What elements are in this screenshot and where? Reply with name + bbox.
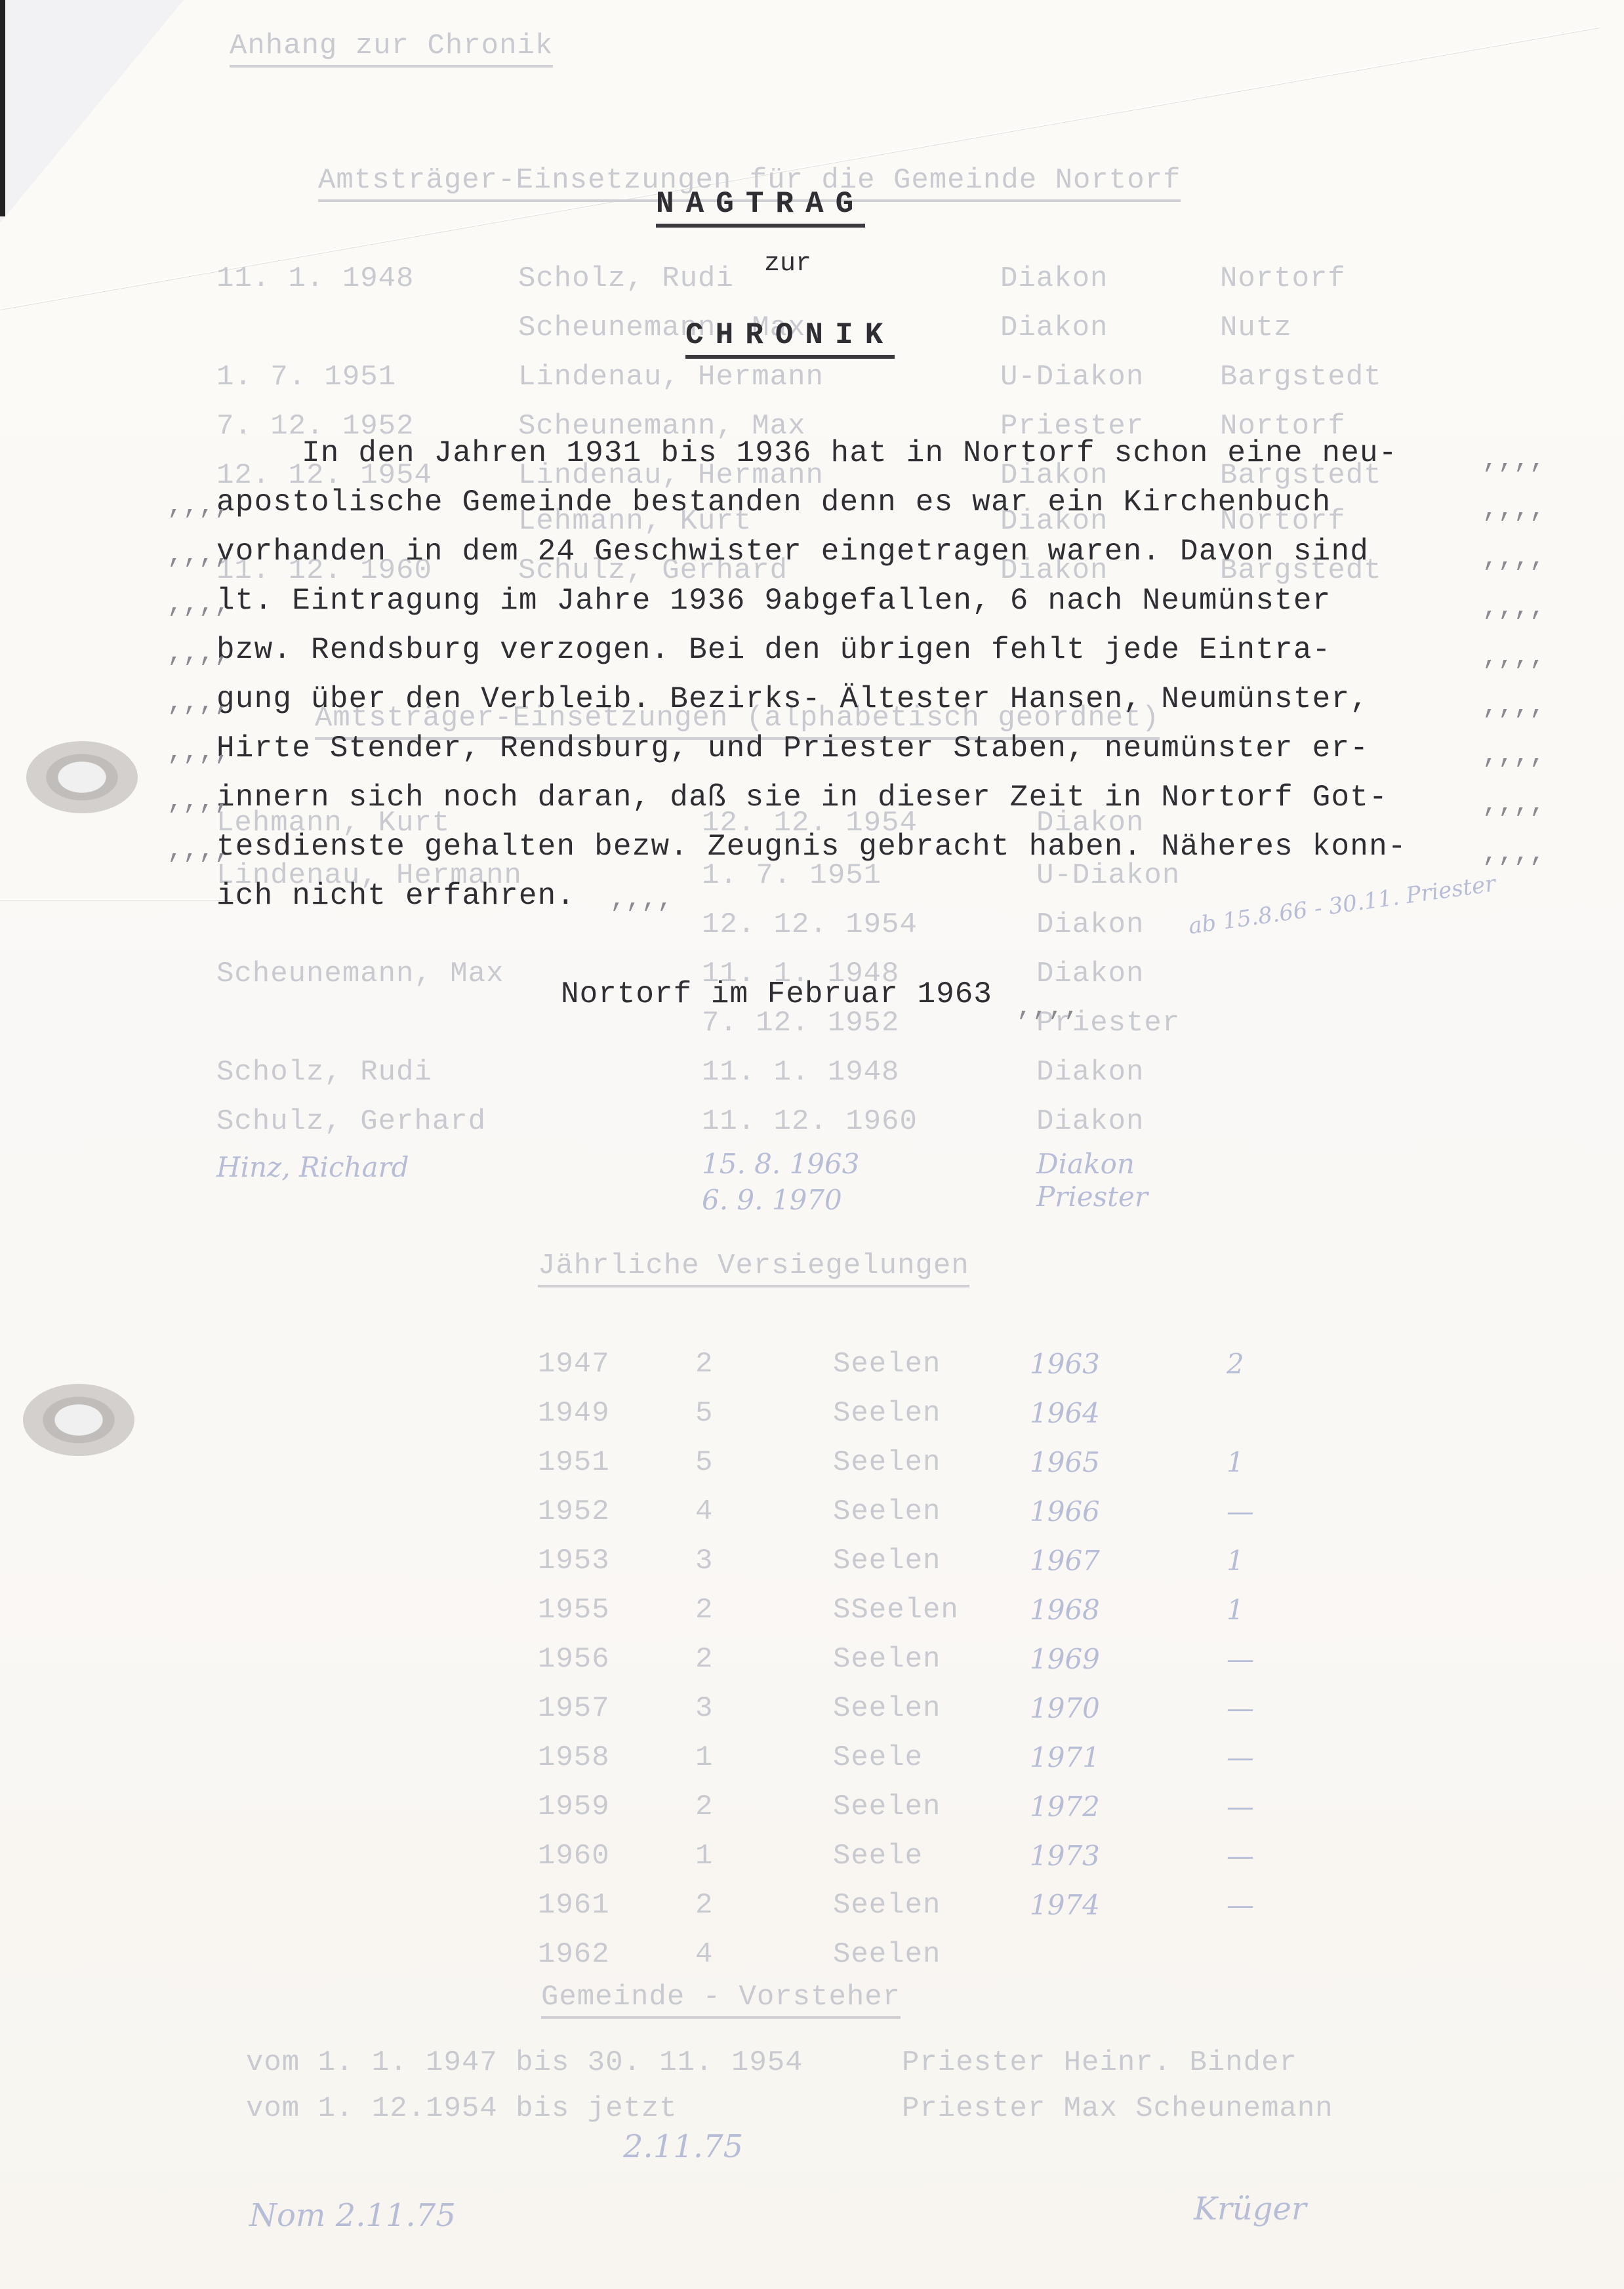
title-connector: zur xyxy=(764,249,811,279)
ghost-cell: 1969 xyxy=(1030,1643,1100,1675)
ghost-cell: Diakon xyxy=(1036,1056,1144,1089)
ghost-cell: 12. 12. 1954 xyxy=(702,908,918,941)
ghost-cell: U-Diakon xyxy=(1036,859,1180,892)
ghost-cell: 11. 1. 1948 xyxy=(216,262,414,295)
paper-crease xyxy=(0,899,236,900)
ghost-cell: Scholz, Rudi xyxy=(216,1056,432,1089)
ghost-cell: Diakon xyxy=(1036,1105,1144,1138)
ghost-cell: Diakon xyxy=(1000,262,1108,295)
ghost-cell: — xyxy=(1227,1495,1254,1528)
ghost-cell: 1960 xyxy=(538,1840,610,1873)
ghost-section4-title: Gemeinde - Vorsteher xyxy=(541,1981,901,2019)
ghost-cell: Seele xyxy=(833,1840,923,1873)
ghost-handwritten-date: 2.11.75 xyxy=(623,2128,743,2165)
body-line: Hirte Stender, Rendsburg, und Priester S… xyxy=(216,731,1369,765)
ghost-cell: Diakon xyxy=(1036,908,1144,941)
ghost-cell: Lindenau, Hermann xyxy=(518,361,824,394)
ghost-cell: 1965 xyxy=(1030,1446,1100,1478)
ghost-cell: Scheunemann, Max xyxy=(216,958,504,990)
ghost-cell: 2 xyxy=(695,1889,713,1922)
ghost-cell: 1 xyxy=(1227,1545,1244,1577)
ghost-handwritten-note: ab 15.8.66 - 30.11. Priester xyxy=(1187,870,1497,939)
ghost-handwritten-name: Hinz, Richard xyxy=(216,1151,409,1183)
ghost-cell: 1971 xyxy=(1030,1741,1100,1773)
ghost-cell: 4 xyxy=(695,1938,713,1971)
punch-hole xyxy=(23,1384,134,1456)
ghost-cell: Nortorf xyxy=(1220,262,1346,295)
ghost-cell: 11. 1. 1948 xyxy=(702,1056,899,1089)
ghost-cell: — xyxy=(1227,1840,1254,1872)
ghost-cell: — xyxy=(1227,1643,1254,1675)
ghost-cell: — xyxy=(1227,1889,1254,1921)
ghost-cell: Diakon xyxy=(1000,312,1108,344)
ghost-cell: 1963 xyxy=(1030,1348,1100,1380)
body-line: lt. Eintragung im Jahre 1936 9abgefallen… xyxy=(216,584,1331,618)
ghost-cell: 1 xyxy=(1227,1594,1244,1626)
ghost-cell: 1947 xyxy=(538,1348,610,1381)
body-line: bzw. Rendsburg verzogen. Bei den übrigen… xyxy=(216,633,1331,667)
ghost-cell: 1 xyxy=(695,1840,713,1873)
ghost-handwritten-date: 6. 9. 1970 xyxy=(702,1184,842,1216)
ghost-cell: 1. 7. 1951 xyxy=(216,361,396,394)
ghost-cell: — xyxy=(1227,1791,1254,1823)
ghost-cell: Seelen xyxy=(833,1692,941,1725)
ghost-cell: Schulz, Gerhard xyxy=(216,1105,486,1138)
ghost-signature: Krüger xyxy=(1194,2191,1307,2227)
ghost-cell: Bargstedt xyxy=(1220,361,1382,394)
ghost-cell: 1962 xyxy=(538,1938,610,1971)
ghost-cell: U-Diakon xyxy=(1000,361,1144,394)
ghost-cell: 1974 xyxy=(1030,1889,1100,1921)
ghost-cell: Priester Heinr. Binder xyxy=(902,2046,1297,2079)
ghost-cell: 5 xyxy=(695,1446,713,1479)
body-line: vorhanden in dem 24 Geschwister eingetra… xyxy=(216,535,1369,569)
ghost-cell: Seelen xyxy=(833,1446,941,1479)
ghost-handwritten-date: 15. 8. 1963 xyxy=(702,1148,859,1180)
ghost-cell: 2 xyxy=(1227,1348,1244,1380)
ghost-cell: 3 xyxy=(695,1545,713,1577)
ghost-cell: 11. 12. 1960 xyxy=(702,1105,918,1138)
ghost-cell: 1949 xyxy=(538,1397,610,1430)
ghost-cell: 1956 xyxy=(538,1643,610,1676)
ghost-cell: 2 xyxy=(695,1348,713,1381)
ghost-cell: 1961 xyxy=(538,1889,610,1922)
ghost-section3-title: Jährliche Versiegelungen xyxy=(538,1249,969,1287)
ghost-cell: Nutz xyxy=(1220,312,1292,344)
ghost-cell: 1957 xyxy=(538,1692,610,1725)
ghost-handwritten-office: Priester xyxy=(1036,1181,1148,1213)
body-line: gung über den Verbleib. Bezirks- Älteste… xyxy=(216,682,1369,716)
body-line: ich nicht erfahren. xyxy=(216,879,575,913)
ghost-cell: 1966 xyxy=(1030,1495,1100,1528)
ghost-cell: 1958 xyxy=(538,1741,610,1774)
title-chronik: CHRONIK xyxy=(685,318,895,359)
ghost-cell: 4 xyxy=(695,1495,713,1528)
ghost-cell: 2 xyxy=(695,1791,713,1823)
ghost-cell: Seelen xyxy=(833,1889,941,1922)
body-line: tesdienste gehalten bezw. Zeugnis gebrac… xyxy=(216,830,1407,864)
ghost-cell: 1968 xyxy=(1030,1594,1100,1626)
ghost-cell: 1970 xyxy=(1030,1692,1100,1724)
ghost-cell: 1972 xyxy=(1030,1791,1100,1823)
body-line: apostolische Gemeinde bestanden denn es … xyxy=(216,485,1331,519)
ghost-cell: Diakon xyxy=(1036,958,1144,990)
ghost-cell: 1967 xyxy=(1030,1545,1100,1577)
document-page: Anhang zur Chronik Amtsträger-Einsetzung… xyxy=(0,0,1624,2289)
scan-edge xyxy=(0,0,5,216)
body-line: innern sich noch daran, daß sie in diese… xyxy=(216,780,1388,815)
ghost-cell: Seelen xyxy=(833,1938,941,1971)
ghost-cell: 1 xyxy=(695,1741,713,1774)
ghost-cell: Seelen xyxy=(833,1643,941,1676)
ghost-cell: vom 1. 12.1954 bis jetzt xyxy=(246,2092,678,2125)
ghost-handwritten-office: Diakon xyxy=(1036,1148,1135,1180)
ghost-cell: — xyxy=(1227,1692,1254,1724)
folded-corner xyxy=(0,0,184,223)
ghost-cell: 1964 xyxy=(1030,1397,1100,1429)
body-line: In den Jahren 1931 bis 1936 hat in Norto… xyxy=(302,436,1398,470)
ghost-cell: 1953 xyxy=(538,1545,610,1577)
ghost-cell: 2 xyxy=(695,1594,713,1627)
ghost-cell: vom 1. 1. 1947 bis 30. 11. 1954 xyxy=(246,2046,803,2079)
ghost-cell: 5 xyxy=(695,1397,713,1430)
ghost-cell: 2 xyxy=(695,1643,713,1676)
punch-hole xyxy=(26,741,138,813)
ghost-cell: Priester Max Scheunemann xyxy=(902,2092,1333,2125)
signoff-place-date: Nortorf im Februar 1963 xyxy=(561,977,992,1011)
ghost-cell: 1 xyxy=(1227,1446,1244,1478)
ghost-cell: Seelen xyxy=(833,1348,941,1381)
ghost-handwritten-date: Nom 2.11.75 xyxy=(249,2197,456,2234)
ghost-cell: SSeelen xyxy=(833,1594,959,1627)
ghost-cell: Scholz, Rudi xyxy=(518,262,734,295)
ghost-cell: 7. 12. 1952 xyxy=(702,1007,899,1040)
ghost-cell: — xyxy=(1227,1741,1254,1773)
ghost-cell: 1955 xyxy=(538,1594,610,1627)
ghost-cell: 1951 xyxy=(538,1446,610,1479)
ghost-cell: 3 xyxy=(695,1692,713,1725)
title-nagtrag: NAGTRAG xyxy=(656,187,865,228)
ghost-cell: Seelen xyxy=(833,1791,941,1823)
ghost-cell: 1. 7. 1951 xyxy=(702,859,882,892)
ghost-cell: Seelen xyxy=(833,1495,941,1528)
ghost-cell: Seelen xyxy=(833,1397,941,1430)
ghost-cell: 1952 xyxy=(538,1495,610,1528)
ghost-cell: Seelen xyxy=(833,1545,941,1577)
ghost-header: Anhang zur Chronik xyxy=(230,30,553,68)
ghost-cell: 1959 xyxy=(538,1791,610,1823)
ghost-cell: 1973 xyxy=(1030,1840,1100,1872)
ghost-cell: Seele xyxy=(833,1741,923,1774)
